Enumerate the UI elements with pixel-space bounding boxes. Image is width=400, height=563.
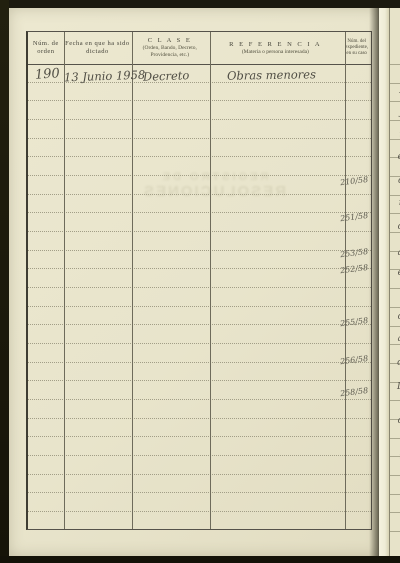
table-row (28, 120, 371, 139)
facing-page-rule-line (390, 83, 400, 84)
table-row (28, 251, 371, 270)
facing-page-rule-line (390, 101, 400, 102)
handwritten-fecha: 13 Junio 1958 (64, 68, 146, 85)
table-row (28, 139, 371, 158)
facing-page-rule-line (390, 326, 400, 327)
header-fecha-label: Fecha en que ha sido dictado (65, 40, 130, 56)
table-row (28, 437, 371, 456)
facing-page-rule-line (390, 512, 400, 513)
facing-page-rule-line (390, 475, 400, 476)
table-row (28, 232, 371, 251)
header-referencia: R E F E R E N C I A (Materia o persona i… (208, 32, 342, 64)
facing-page-rule-line (390, 64, 400, 65)
facing-page-rule-line (390, 438, 400, 439)
table-header-row: Núm. de orden Fecha en que ha sido dicta… (28, 32, 371, 65)
header-expediente: Núm. del expediente, en su caso (342, 32, 371, 64)
table-row (28, 493, 371, 512)
scan-border-top (0, 0, 400, 8)
header-referencia-label: R E F E R E N C I A (229, 41, 321, 49)
column-divider (345, 32, 346, 529)
table-row (28, 288, 371, 307)
facing-page-rule-line (390, 288, 400, 289)
table-row (28, 475, 371, 494)
facing-page-edge-highlight (379, 6, 389, 558)
table-row (28, 363, 371, 382)
facing-page-rule-line (390, 213, 400, 214)
table-row (28, 101, 371, 120)
column-divider (64, 32, 65, 529)
header-clase: C L A S E (Orden, Bando, Decreto, Provid… (131, 32, 208, 64)
table-row (28, 157, 371, 176)
table-row (28, 176, 371, 195)
header-num-orden-label: Núm. de orden (29, 40, 63, 56)
table-row (28, 213, 371, 232)
scan-border-bottom (0, 556, 400, 563)
table-row (28, 344, 371, 363)
facing-page-rule-line (390, 531, 400, 532)
registry-table: Núm. de orden Fecha en que ha sido dicta… (26, 31, 372, 530)
table-row (28, 419, 371, 438)
scan-border-left (0, 0, 9, 563)
table-row (28, 307, 371, 326)
handwritten-referencia: Obras menores (227, 67, 316, 83)
table-row (28, 325, 371, 344)
header-clase-subtitle: (Orden, Bando, Decreto, Providencia, etc… (132, 45, 207, 58)
table-row (28, 400, 371, 419)
handwritten-num-orden: 190 (35, 66, 61, 83)
table-body (28, 64, 371, 529)
column-divider (132, 32, 133, 529)
facing-page-rule-line (390, 307, 400, 308)
facing-page-rule-line (390, 494, 400, 495)
table-row (28, 83, 371, 102)
header-referencia-subtitle: (Materia o persona interesada) (242, 49, 309, 56)
facing-page-rule-line (390, 232, 400, 233)
table-row (28, 456, 371, 475)
header-fecha: Fecha en que ha sido dictado (64, 32, 131, 64)
handwritten-clase: Decreto (143, 68, 190, 84)
scanned-registry-page: REGISTRO DE RESOLUCIONES Núm. de orden F… (0, 0, 400, 563)
header-expediente-label: Núm. del expediente, en su caso (343, 39, 370, 56)
column-divider (210, 32, 211, 529)
facing-page-rule-line (390, 120, 400, 121)
facing-page-strip: fjtecroaeloadLot (389, 6, 400, 558)
table-row (28, 381, 371, 400)
facing-page-rule-line (390, 195, 400, 196)
facing-page-rule-line (390, 344, 400, 345)
registry-page: REGISTRO DE RESOLUCIONES Núm. de orden F… (9, 8, 381, 556)
table-row (28, 512, 371, 529)
table-row (28, 269, 371, 288)
facing-page-rule-line (390, 400, 400, 401)
table-row (28, 195, 371, 214)
header-num-orden: Núm. de orden (28, 32, 64, 64)
